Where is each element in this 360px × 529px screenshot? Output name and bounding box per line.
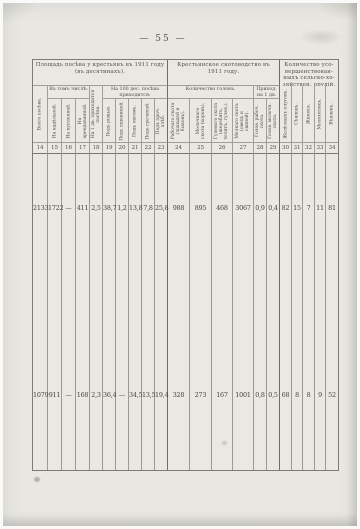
column-label: Подъ проч. хлѣб. [155, 99, 168, 143]
column-label: Желѣзныхъ плуговъ. [280, 86, 292, 143]
column-strip: 78 [303, 154, 315, 470]
data-cell: 11 [315, 202, 325, 214]
data-cell: 0,9 [254, 202, 266, 214]
data-cell: 19,4 [155, 389, 167, 401]
column-label: Молочнаго скота (коровъ). [190, 99, 212, 143]
column-strip: 158 [292, 154, 303, 470]
data-cell: — [62, 389, 75, 401]
column-label: Подъ рожью. [103, 99, 116, 143]
column-number: 14 [33, 143, 48, 154]
heads-band: Количество головъ. [168, 86, 254, 99]
data-cell: 34,5 [129, 389, 141, 401]
column-number: 29 [267, 143, 280, 154]
paper-smudge [34, 477, 40, 482]
column-strip: 0,40,5 [267, 154, 280, 470]
column-label: Гулевого скота (жеребятъ, телятъ, гулев.… [212, 99, 233, 143]
in-total-band: Въ томъ числѣ: [48, 86, 90, 99]
data-cell: 0,8 [254, 389, 266, 401]
data-cell: 13,8 [129, 202, 141, 214]
column-strip: 468167 [212, 154, 233, 470]
crop-area-group-title: Площадь посѣва у крестьянъ въ 1911 году … [33, 60, 168, 86]
data-cell: 7 [303, 202, 314, 214]
per-household-band: Приход. на 1 дв. [254, 86, 280, 99]
column-strip: —— [62, 154, 76, 470]
column-label: Голов. рабоч. скота. [254, 99, 267, 143]
column-label: Вѣялокъ. [326, 86, 338, 143]
column-number: 32 [303, 143, 315, 154]
column-number: 25 [190, 143, 212, 154]
data-cell: 3067 [233, 202, 253, 214]
implements-group-title: Количество усо- вершенствован- ныхъ сель… [280, 60, 338, 86]
column-label: Жнеекъ. [303, 86, 315, 143]
column-label: Рабочаго скота (лошадей и быковъ). [168, 99, 190, 143]
column-strip: 895273 [190, 154, 212, 470]
column-strip: 1,2— [116, 154, 129, 470]
column-number: 34 [326, 143, 338, 154]
column-strip: 8268 [280, 154, 292, 470]
data-cell: 52 [326, 389, 338, 401]
data-cell: 8 [303, 389, 314, 401]
column-strip: 21331079 [33, 154, 48, 470]
column-strip: 411168 [76, 154, 90, 470]
data-cell: 168 [76, 389, 89, 401]
data-cell: 13,5 [142, 389, 154, 401]
column-number: 16 [62, 143, 76, 154]
data-cell: 328 [168, 389, 189, 401]
column-strip: 38,736,4 [103, 154, 116, 470]
column-number: 28 [254, 143, 267, 154]
column-strip: 119 [315, 154, 326, 470]
column-strip: 2,52,3 [90, 154, 103, 470]
per-100-band: На 100 дес. посѣва приходится: [103, 86, 168, 99]
data-cell: 1079 [33, 389, 47, 401]
column-strip: 8152 [326, 154, 338, 470]
data-cell: 38,7 [103, 202, 115, 214]
livestock-group-title: Крестьянское скотоводство въ 1911 году. [168, 60, 280, 86]
page-number: — 55 — [103, 34, 223, 44]
data-cell: 15 [292, 202, 302, 214]
data-cell: 273 [190, 389, 211, 401]
column-number: 30 [280, 143, 292, 154]
column-number: 22 [142, 143, 155, 154]
column-strip: 7,813,5 [142, 154, 155, 470]
data-cell: 167 [212, 389, 232, 401]
column-number: 21 [129, 143, 142, 154]
data-cell: 82 [280, 202, 291, 214]
data-cell: — [62, 202, 75, 214]
column-number: 19 [103, 143, 116, 154]
data-cell: 911 [48, 389, 61, 401]
column-strip: 13,834,5 [129, 154, 142, 470]
column-label: На арендованной. [76, 99, 90, 143]
data-cell: 1,2 [116, 202, 128, 214]
data-cell: 2,3 [90, 389, 102, 401]
column-number: 20 [116, 143, 129, 154]
paper-smudge [299, 29, 343, 45]
data-cell: 0,4 [267, 202, 279, 214]
data-cell: 36,4 [103, 389, 115, 401]
column-number: 33 [315, 143, 326, 154]
column-number: 26 [212, 143, 233, 154]
data-cell: 1001 [233, 389, 253, 401]
scanned-page: — 55 — Площадь посѣва у крестьянъ въ 191… [3, 3, 357, 526]
column-number: 24 [168, 143, 190, 154]
column-label: Голов. молочн. скота. [267, 99, 280, 143]
column-label: На 1 дв. приходится посѣва. [90, 86, 103, 143]
column-label: На надѣльной. [48, 99, 62, 143]
column-label: Подъ пшеницей. [116, 99, 129, 143]
data-cell: 7,8 [142, 202, 154, 214]
column-label: Всего посѣва. [33, 86, 48, 143]
column-strip: 0,90,8 [254, 154, 267, 470]
column-strip: 25,819,4 [155, 154, 168, 470]
column-number: 27 [233, 143, 254, 154]
data-cell: 988 [168, 202, 189, 214]
data-cell: 81 [326, 202, 338, 214]
data-cell: 895 [190, 202, 211, 214]
data-cell: 68 [280, 389, 291, 401]
data-cell: 0,5 [267, 389, 279, 401]
column-strip: 1722911 [48, 154, 62, 470]
data-cell: 2,5 [90, 202, 102, 214]
stats-table: Площадь посѣва у крестьянъ въ 1911 году … [32, 59, 339, 471]
column-number: 31 [292, 143, 303, 154]
column-number: 18 [90, 143, 103, 154]
column-strip: 988328 [168, 154, 190, 470]
data-cell: 8 [292, 389, 302, 401]
column-number: 15 [48, 143, 62, 154]
data-cell: 1722 [48, 202, 61, 214]
column-label: На купленной. [62, 99, 76, 143]
column-label: Подъ гречихой. [142, 99, 155, 143]
data-cell: 411 [76, 202, 89, 214]
column-label: Подъ овсомъ. [129, 99, 142, 143]
column-label: Сѣялокъ. [292, 86, 303, 143]
data-cell: 2133 [33, 202, 47, 214]
column-label: Молотилокъ. [315, 86, 326, 143]
data-cell: 9 [315, 389, 325, 401]
data-cell: — [116, 389, 128, 401]
column-number: 23 [155, 143, 168, 154]
column-number: 17 [76, 143, 90, 154]
column-label: Мелкаго скота (овецъ и свиней). [233, 99, 254, 143]
data-cell: 468 [212, 202, 232, 214]
column-strip: 30671001 [233, 154, 254, 470]
data-cell: 25,8 [155, 202, 167, 214]
